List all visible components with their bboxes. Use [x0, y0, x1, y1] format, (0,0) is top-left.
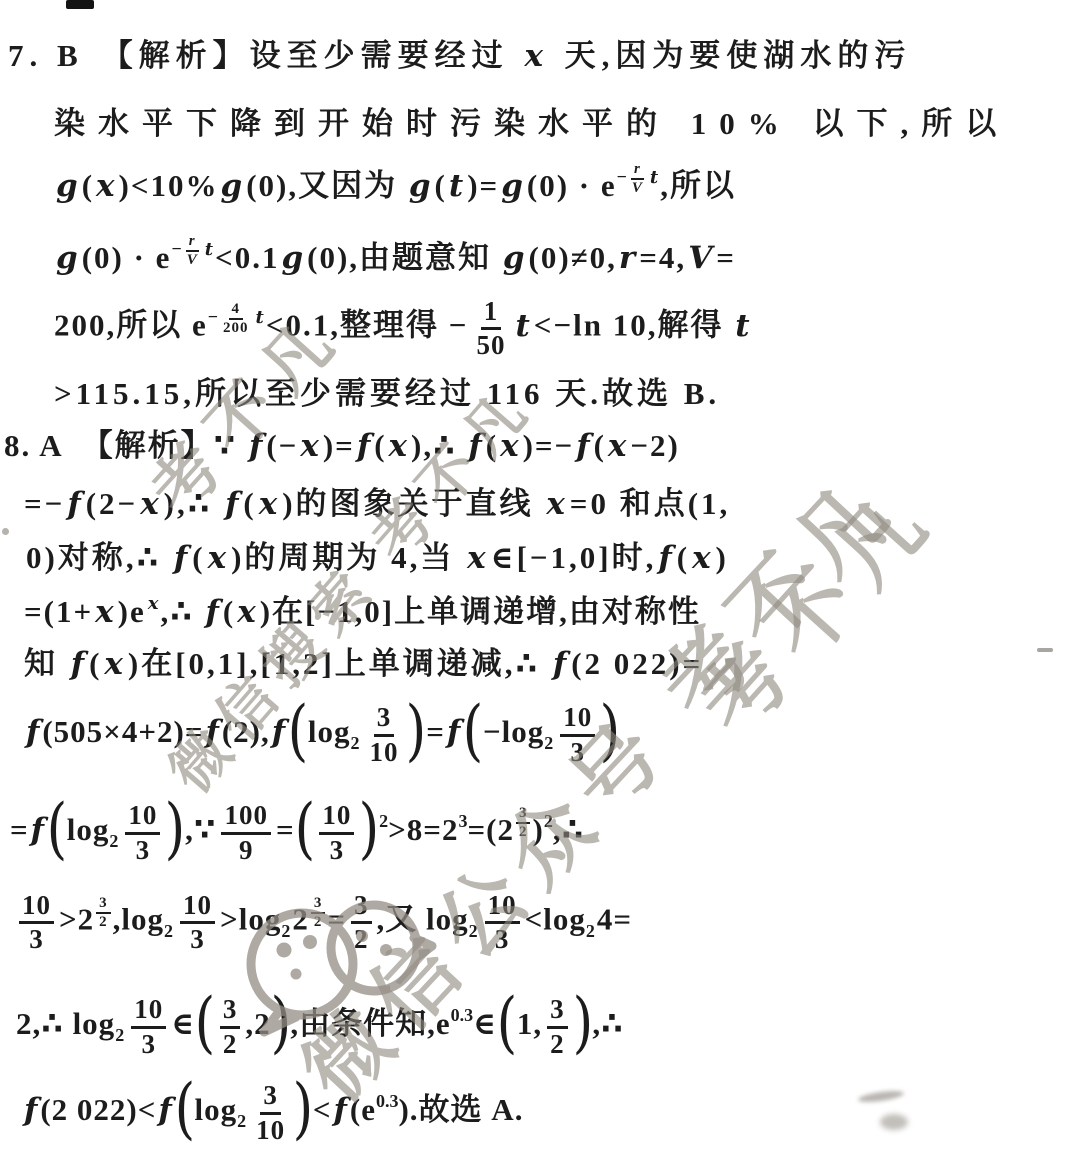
superscript: −rVt [617, 161, 661, 196]
fraction-numerator: r [631, 161, 644, 180]
text-run: >8=2 [388, 812, 458, 847]
doc-line-16: f(2 022)<f(log2310)<f(e0.3).故选 A. [22, 1076, 523, 1150]
math-var: g [501, 240, 529, 276]
math-var: x [298, 428, 322, 464]
text-run: − [171, 239, 181, 259]
text-run: =− [24, 486, 65, 521]
text-run: (0) · e [82, 240, 172, 275]
text-run: ).故选 A. [398, 1092, 523, 1127]
math-var: f [156, 1092, 174, 1128]
text-run: 天,因为要使湖水的污 [551, 38, 912, 73]
doc-line-4: g(0) · e−rVt<0.1g(0),由题意知 g(0)≠0,r=4,V= [54, 232, 736, 277]
text-run: 0)对称,∴ [26, 540, 172, 575]
text-run: ,∴ [592, 1006, 623, 1041]
fraction-denominator: 2 [96, 914, 111, 931]
text-run: log [195, 1092, 238, 1127]
text-run: −2) [630, 428, 680, 463]
big-paren: ( [174, 1076, 195, 1142]
fraction-numerator: 3 [260, 1080, 281, 1114]
math-var: f [551, 646, 571, 682]
math-var: x [544, 486, 569, 522]
text-run: = [716, 240, 736, 275]
math-var: f [65, 486, 85, 522]
superscript: −rVt [171, 233, 215, 268]
scan-artifact-cutoff-glyph [66, 0, 94, 9]
math-var: x [94, 168, 118, 204]
fraction: 103 [319, 800, 354, 865]
text-run: 1, [517, 1006, 542, 1041]
big-paren: ( [47, 796, 68, 862]
fraction-denominator: 3 [327, 835, 348, 866]
fraction-denominator: 10 [366, 737, 401, 768]
text-run: ( [223, 594, 235, 629]
text-run: − [208, 307, 218, 327]
fraction-denominator: 50 [473, 330, 508, 361]
scan-artifact-mark [1037, 648, 1053, 652]
math-var: t [733, 308, 753, 344]
math-var: f [22, 1092, 40, 1128]
math-var: f [204, 594, 223, 630]
fraction: 103 [19, 890, 54, 955]
fraction: 32 [547, 994, 568, 1059]
big-paren: ) [572, 990, 593, 1056]
fraction-numerator: 10 [125, 800, 160, 834]
big-paren: ( [195, 990, 216, 1056]
text-run: 2 [379, 811, 388, 831]
fraction: rV [184, 233, 201, 268]
math-var: x [93, 594, 117, 630]
scan-artifact-smudge [880, 1114, 908, 1130]
fraction-denominator: 3 [26, 924, 47, 955]
big-paren: ) [359, 796, 380, 862]
doc-line-1: 7. B【解析】设至少需要经过 x 天,因为要使湖水的污 [8, 30, 911, 75]
doc-line-6: >115.15,所以至少需要经过 116 天.故选 B. [54, 368, 720, 413]
math-var: f [29, 812, 47, 848]
text-run: 染水平下降到开始时污染水平的 10% 以下,所以 [54, 106, 1009, 141]
math-var: x [102, 646, 127, 682]
text-run: =0 和点(1, [570, 486, 731, 521]
text-run: ,∴ [160, 594, 203, 629]
text-run: < [313, 1092, 332, 1127]
doc-line-2: 染水平下降到开始时污染水平的 10% 以下,所以 [54, 98, 1009, 143]
text-run: ( [677, 540, 690, 575]
math-var: x [465, 540, 490, 576]
fraction-numerator: r [186, 233, 199, 252]
math-var: x [257, 486, 282, 522]
fraction: 103 [131, 994, 166, 1059]
math-var: t [203, 239, 215, 260]
text-run: (2 022)< [40, 1092, 156, 1127]
math-var: t [447, 168, 467, 204]
math-var: f [574, 428, 593, 464]
text-run: 200,所以 e [54, 308, 208, 343]
text-run: ( [82, 168, 94, 203]
text-run: 【解析】设至少需要经过 [102, 38, 523, 73]
text-run: 8. A [4, 428, 64, 463]
fraction-numerator: 10 [19, 890, 54, 924]
fraction: 103 [125, 800, 160, 865]
big-paren: ( [294, 796, 315, 862]
wechat-logo-icon [238, 888, 443, 1053]
big-paren: ) [406, 698, 427, 764]
subscript: 2 [237, 1111, 246, 1132]
text-run: >2 [59, 902, 94, 937]
text-run: )<10% [119, 168, 219, 203]
text-run: ,∵ [185, 812, 216, 847]
text-run: = [10, 812, 29, 847]
fraction-denominator: 3 [187, 924, 208, 955]
text-run: ,所以 [660, 168, 736, 203]
fraction: 1009 [221, 800, 271, 865]
math-var: f [445, 714, 463, 750]
scan-artifact-smudge [858, 1089, 905, 1104]
fraction-numerator: 3 [96, 895, 111, 914]
text-run: )= [323, 428, 355, 463]
math-var: x [146, 593, 161, 614]
text-run: ( [89, 646, 102, 681]
subscript: 2 [115, 1025, 124, 1046]
text-run: 4= [597, 902, 632, 937]
fraction-numerator: 10 [131, 994, 166, 1028]
math-var: g [219, 168, 247, 204]
text-run: = [426, 714, 445, 749]
text-run: ∈[−1,0]时, [491, 540, 657, 575]
superscript: 2 [379, 811, 388, 832]
text-run: )= [467, 168, 499, 203]
text-run: = [276, 812, 295, 847]
text-run: − [617, 167, 627, 187]
math-var: x [606, 428, 630, 464]
text-run: (0),又因为 [246, 168, 407, 203]
math-var: x [206, 540, 231, 576]
math-var: f [24, 714, 42, 750]
text-run: log [67, 812, 110, 847]
fraction-numerator: 4 [229, 301, 244, 320]
math-var: g [279, 240, 307, 276]
text-run: (2− [86, 486, 139, 521]
math-var: t [513, 308, 533, 344]
math-var: f [69, 646, 89, 682]
math-var: g [54, 168, 82, 204]
text-run: =(1+ [24, 594, 93, 629]
text-run: (0) · e [527, 168, 617, 203]
text-run: ,log [113, 902, 164, 937]
big-paren: ( [497, 990, 518, 1056]
big-paren: ) [293, 1076, 314, 1142]
math-var: g [407, 168, 435, 204]
fraction-numerator: 1 [481, 296, 502, 330]
math-var: f [355, 428, 374, 464]
subscript: 2 [164, 921, 173, 942]
text-run: =4, [639, 240, 686, 275]
doc-line-3: g(x)<10%g(0),又因为 g(t)=g(0) · e−rVt,所以 [54, 160, 736, 205]
math-var: V [686, 240, 716, 276]
math-var: f [656, 540, 676, 576]
fraction-denominator: 2 [547, 1029, 568, 1060]
text-run: ( [192, 540, 205, 575]
text-run: ∈ [171, 1006, 195, 1041]
math-var: x [522, 38, 550, 74]
fraction-denominator: 9 [236, 835, 257, 866]
big-paren: ) [165, 796, 186, 862]
text-run: (0)≠0, [529, 240, 617, 275]
fraction-denominator: V [184, 252, 201, 269]
subscript: 2 [350, 733, 359, 754]
fraction-denominator: V [629, 180, 646, 197]
subscript: 2 [109, 831, 118, 852]
fraction: rV [629, 161, 646, 196]
math-var: r [617, 240, 639, 276]
text-run: 7. B [8, 38, 84, 73]
math-var: g [499, 168, 527, 204]
fraction: 150 [473, 296, 508, 361]
text-run: 知 [24, 646, 69, 681]
math-var: f [172, 540, 192, 576]
math-var: t [648, 167, 660, 188]
superscript: x [146, 593, 161, 614]
text-run: ( [435, 168, 447, 203]
fraction: 32 [96, 895, 111, 930]
math-var: g [54, 240, 82, 276]
fraction-denominator: 3 [138, 1029, 159, 1060]
text-run: >115.15,所以至少需要经过 116 天.故选 B. [54, 376, 720, 411]
scanned-solution-page: 7. B【解析】设至少需要经过 x 天,因为要使湖水的污染水平下降到开始时污染水… [0, 0, 1065, 1159]
text-run: ( [374, 428, 386, 463]
text-run: log [308, 714, 351, 749]
superscript: 32 [94, 895, 113, 930]
doc-line-7: 8. A【解析】∵ f(−x)=f(x),∴ f(x)=−f(x−2) [4, 420, 680, 465]
scan-artifact-dot [2, 528, 9, 535]
fraction-denominator: 10 [253, 1115, 288, 1146]
text-run: )e [118, 594, 146, 629]
fraction-numerator: 10 [180, 890, 215, 924]
fraction: 310 [253, 1080, 288, 1145]
fraction: 310 [366, 702, 401, 767]
text-run: ∈ [473, 1006, 497, 1041]
fraction-numerator: 100 [221, 800, 271, 834]
doc-line-5: 200,所以 e−4200t<0.1,整理得 −150t<−ln 10,解得 t [54, 296, 754, 361]
subscript: 2 [586, 921, 595, 942]
text-run: ( [243, 486, 256, 521]
text-run: (0),由题意知 [307, 240, 501, 275]
fraction: 103 [180, 890, 215, 955]
fraction-numerator: 3 [547, 994, 568, 1028]
text-run: <−ln 10,解得 [534, 308, 733, 343]
text-run: <0.1 [215, 240, 279, 275]
text-run: 2,∴ log [16, 1006, 115, 1041]
fraction-denominator: 3 [133, 835, 154, 866]
fraction-numerator: 10 [319, 800, 354, 834]
text-run: ( [594, 428, 606, 463]
fraction-numerator: 3 [374, 702, 395, 736]
doc-line-11: 知 f(x)在[0,1],[1,2]上单调递减,∴ f(2 022)= [24, 638, 703, 683]
text-run: −log [483, 714, 544, 749]
big-paren: ( [463, 698, 484, 764]
